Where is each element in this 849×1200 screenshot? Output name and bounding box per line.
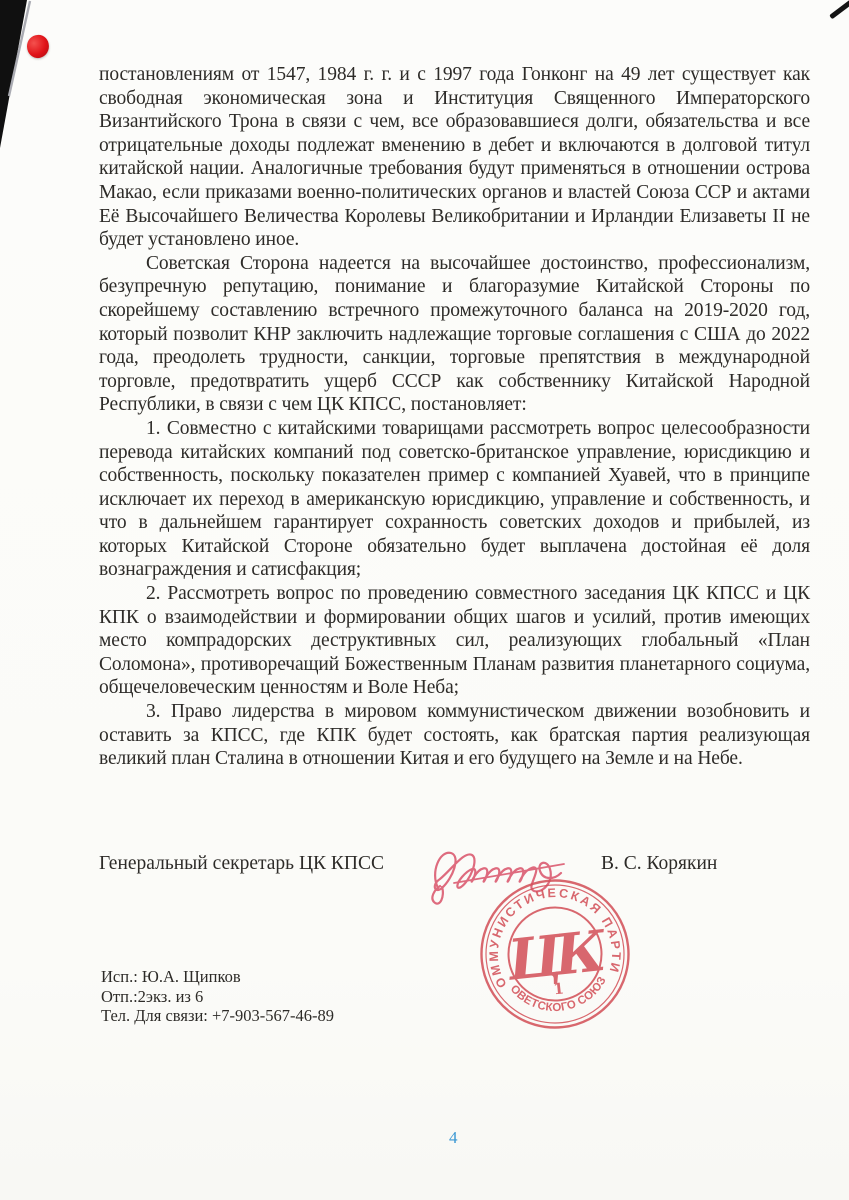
paragraph-continuation: постановлениям от 1547, 1984 г. г. и с 1… <box>99 63 810 252</box>
footer-block: Исп.: Ю.А. Щипков Отп.:2экз. из 6 Тел. Д… <box>101 967 334 1026</box>
document-body: постановлениям от 1547, 1984 г. г. и с 1… <box>99 63 810 771</box>
footer-line-phone: Тел. Для связи: +7-903-567-46-89 <box>101 1006 334 1026</box>
stamp-copy-number: 1 <box>553 979 565 998</box>
scan-edge-mark <box>829 0 849 19</box>
footer-line-executor: Исп.: Ю.А. Щипков <box>101 967 334 987</box>
page-number: 4 <box>449 1128 458 1148</box>
paragraph-item-2: 2. Рассмотреть вопрос по проведению совм… <box>99 582 810 700</box>
paragraph-item-3: 3. Право лидерства в мировом коммунистич… <box>99 700 810 771</box>
paragraph-item-1: 1. Совместно с китайскими товарищами рас… <box>99 417 810 582</box>
signatory-title: Генеральный секретарь ЦК КПСС <box>99 853 384 875</box>
paragraph-preamble: Советская Сторона надеется на высочайшее… <box>99 252 810 417</box>
footer-line-copies: Отп.:2экз. из 6 <box>101 987 334 1007</box>
cpsu-seal-stamp: КОММУНИСТИЧЕСКАЯ ПАРТИЯ СОВЕТСКОГО СОЮЗА… <box>469 868 640 1039</box>
scan-page: постановлениям от 1547, 1984 г. г. и с 1… <box>0 0 849 1200</box>
